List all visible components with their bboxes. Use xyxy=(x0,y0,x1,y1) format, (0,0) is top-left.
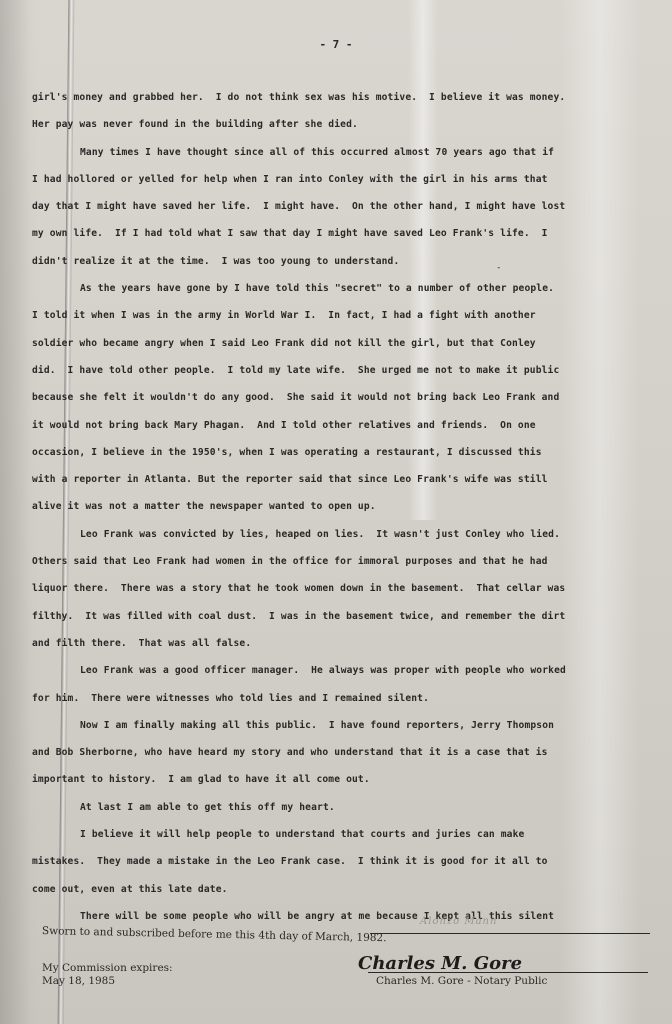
text-line: liquor there. There was a story that he … xyxy=(32,575,662,602)
text-line: Others said that Leo Frank had women in … xyxy=(32,548,662,575)
text-line: Now I am finally making all this public.… xyxy=(32,712,662,739)
text-line: it would not bring back Mary Phagan. And… xyxy=(32,412,662,439)
document-page: - 7 - girl's money and grabbed her. I do… xyxy=(0,0,672,1024)
text-line: for him. There were witnesses who told l… xyxy=(32,685,662,712)
text-line: and filth there. That was all false. xyxy=(32,630,662,657)
text-line: soldier who became angry when I said Leo… xyxy=(32,330,662,357)
text-line: Leo Frank was a good officer manager. He… xyxy=(32,657,662,684)
notary-signature-line xyxy=(368,972,648,973)
text-line: come out, even at this late date. xyxy=(32,876,662,903)
text-line: I believe it will help people to underst… xyxy=(32,821,662,848)
text-line: Leo Frank was convicted by lies, heaped … xyxy=(32,521,662,548)
notary-signature: Charles M. Gore xyxy=(358,953,522,974)
text-line: Many times I have thought since all of t… xyxy=(32,139,662,166)
affiant-signature: Alonzo Mann xyxy=(420,916,497,927)
commission-date: May 18, 1985 xyxy=(42,975,173,988)
text-line: because she felt it wouldn't do any good… xyxy=(32,384,662,411)
affidavit-body-text: girl's money and grabbed her. I do not t… xyxy=(32,84,662,930)
text-line: and Bob Sherborne, who have heard my sto… xyxy=(32,739,662,766)
text-line: occasion, I believe in the 1950's, when … xyxy=(32,439,662,466)
text-line: As the years have gone by I have told th… xyxy=(32,275,662,302)
page-number: - 7 - xyxy=(0,38,672,51)
text-line: with a reporter in Atlanta. But the repo… xyxy=(32,466,662,493)
commission-label: My Commission expires: xyxy=(42,962,173,975)
text-line: important to history. I am glad to have … xyxy=(32,766,662,793)
text-line: my own life. If I had told what I saw th… xyxy=(32,220,662,247)
paper-shadow xyxy=(0,0,30,1024)
text-line: did. I have told other people. I told my… xyxy=(32,357,662,384)
notary-name: Charles M. Gore - Notary Public xyxy=(376,975,547,987)
stray-mark: - xyxy=(496,263,501,273)
text-line: Her pay was never found in the building … xyxy=(32,111,662,138)
text-line: I told it when I was in the army in Worl… xyxy=(32,302,662,329)
text-line: mistakes. They made a mistake in the Leo… xyxy=(32,848,662,875)
text-line: alive it was not a matter the newspaper … xyxy=(32,493,662,520)
text-line: At last I am able to get this off my hea… xyxy=(32,794,662,821)
text-line: filthy. It was filled with coal dust. I … xyxy=(32,603,662,630)
commission-expiry: My Commission expires: May 18, 1985 xyxy=(42,962,173,988)
text-line: day that I might have saved her life. I … xyxy=(32,193,662,220)
text-line: I had hollored or yelled for help when I… xyxy=(32,166,662,193)
text-line: didn't realize it at the time. I was too… xyxy=(32,248,662,275)
affiant-signature-line xyxy=(370,933,650,934)
text-line: girl's money and grabbed her. I do not t… xyxy=(32,84,662,111)
